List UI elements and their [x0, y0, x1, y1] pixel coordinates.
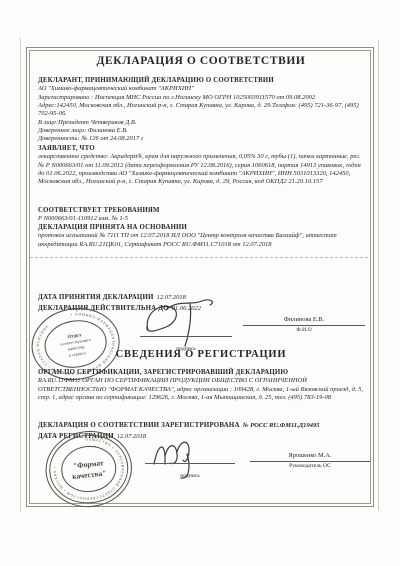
signature2-name: Ярошенко М.А.: [250, 452, 370, 462]
document-page: ДЕКЛАРАЦИЯ О СООТВЕТСТВИИ ДЕКЛАРАНТ, ПРИ…: [0, 0, 400, 566]
declarant-section: ДЕКЛАРАНТ, ПРИНИМАЮЩИЙ ДЕКЛАРАЦИЮ О СООТ…: [38, 77, 364, 144]
signature2-caption: подпись: [180, 473, 200, 479]
signature2-name-field: Ярошенко М.А. Руководитель ОС: [250, 452, 370, 469]
signature1-name-field: Филинова Е.В. Ф.И.О: [243, 316, 365, 333]
conformity-requirements: Р N000663/01-110912 изм. № 1-5: [38, 215, 364, 223]
scan-fold-line: [30, 257, 368, 258]
certification-body-section: ОРГАН ПО СЕРТИФИКАЦИИ, ЗАРЕГИСТРИРОВАВШИ…: [38, 369, 364, 402]
format-kachestva-stamp-graphic: ОБЩЕСТВО С ОГРАНИЧЕННОЙ ОТВЕТСТВЕННОСТЬЮ…: [40, 426, 138, 513]
signature1-name-caption: Ф.И.О: [243, 326, 365, 333]
basis-heading: ДЕКЛАРАЦИЯ ПРИНЯТА НА ОСНОВАНИИ: [38, 224, 364, 232]
declarant-represented-by: В лице:Президент Четвериков Д.В.: [38, 119, 364, 127]
conformity-section: СООТВЕТСТВУЕТ ТРЕБОВАНИЯМ Р N000663/01-1…: [38, 207, 364, 249]
declares-product: лекарственное средство: Акридерм®, крем …: [38, 153, 364, 186]
declarant-registered: Зарегистрировано : Инспекция МНС России …: [38, 94, 364, 102]
conformity-heading: СООТВЕТСТВУЕТ ТРЕБОВАНИЯМ: [38, 207, 364, 215]
basis-text: протокол испытаний № 7111 ТП от 12.07.20…: [38, 232, 364, 249]
declares-heading: ЗАЯВЛЯЕТ, ЧТО: [38, 145, 364, 153]
stamp2-line-2: качества": [72, 468, 107, 481]
declarant-address: Адрес:142450, Московская обл., Ногинский…: [38, 102, 364, 119]
document-title: ДЕКЛАРАЦИЯ О СООТВЕТСТВИИ: [38, 55, 364, 67]
declarant-heading: ДЕКЛАРАНТ, ПРИНИМАЮЩИЙ ДЕКЛАРАЦИЮ О СООТ…: [38, 77, 364, 85]
declares-section: ЗАЯВЛЯЕТ, ЧТО лекарственное средство: Ак…: [38, 145, 364, 187]
signature1-name: Филинова Е.В.: [243, 316, 365, 326]
registration-heading: СВЕДЕНИЯ О РЕГИСТРАЦИИ: [38, 349, 364, 360]
signature2-name-caption: Руководитель ОС: [250, 462, 370, 469]
scan-edge-right: [378, 40, 379, 510]
certification-body-text: RA.RU.11ФМ11 ОРГАН ПО СЕРТИФИКАЦИИ ПРОДУ…: [38, 377, 364, 402]
declarant-trustee: Доверенное лицо: Филинова Е.В.: [38, 127, 364, 135]
declarant-power-of-attorney: Доверенность: № 126 от 24.08.2017 г: [38, 135, 364, 143]
declarant-company: АО "Химико-фармацевтический комбинат "АК…: [38, 85, 364, 93]
signature2-line: подпись: [145, 463, 235, 482]
format-kachestva-stamp: ОБЩЕСТВО С ОГРАНИЧЕННОЙ ОТВЕТСТВЕННОСТЬЮ…: [40, 426, 138, 518]
scan-edge-left: [20, 38, 21, 512]
